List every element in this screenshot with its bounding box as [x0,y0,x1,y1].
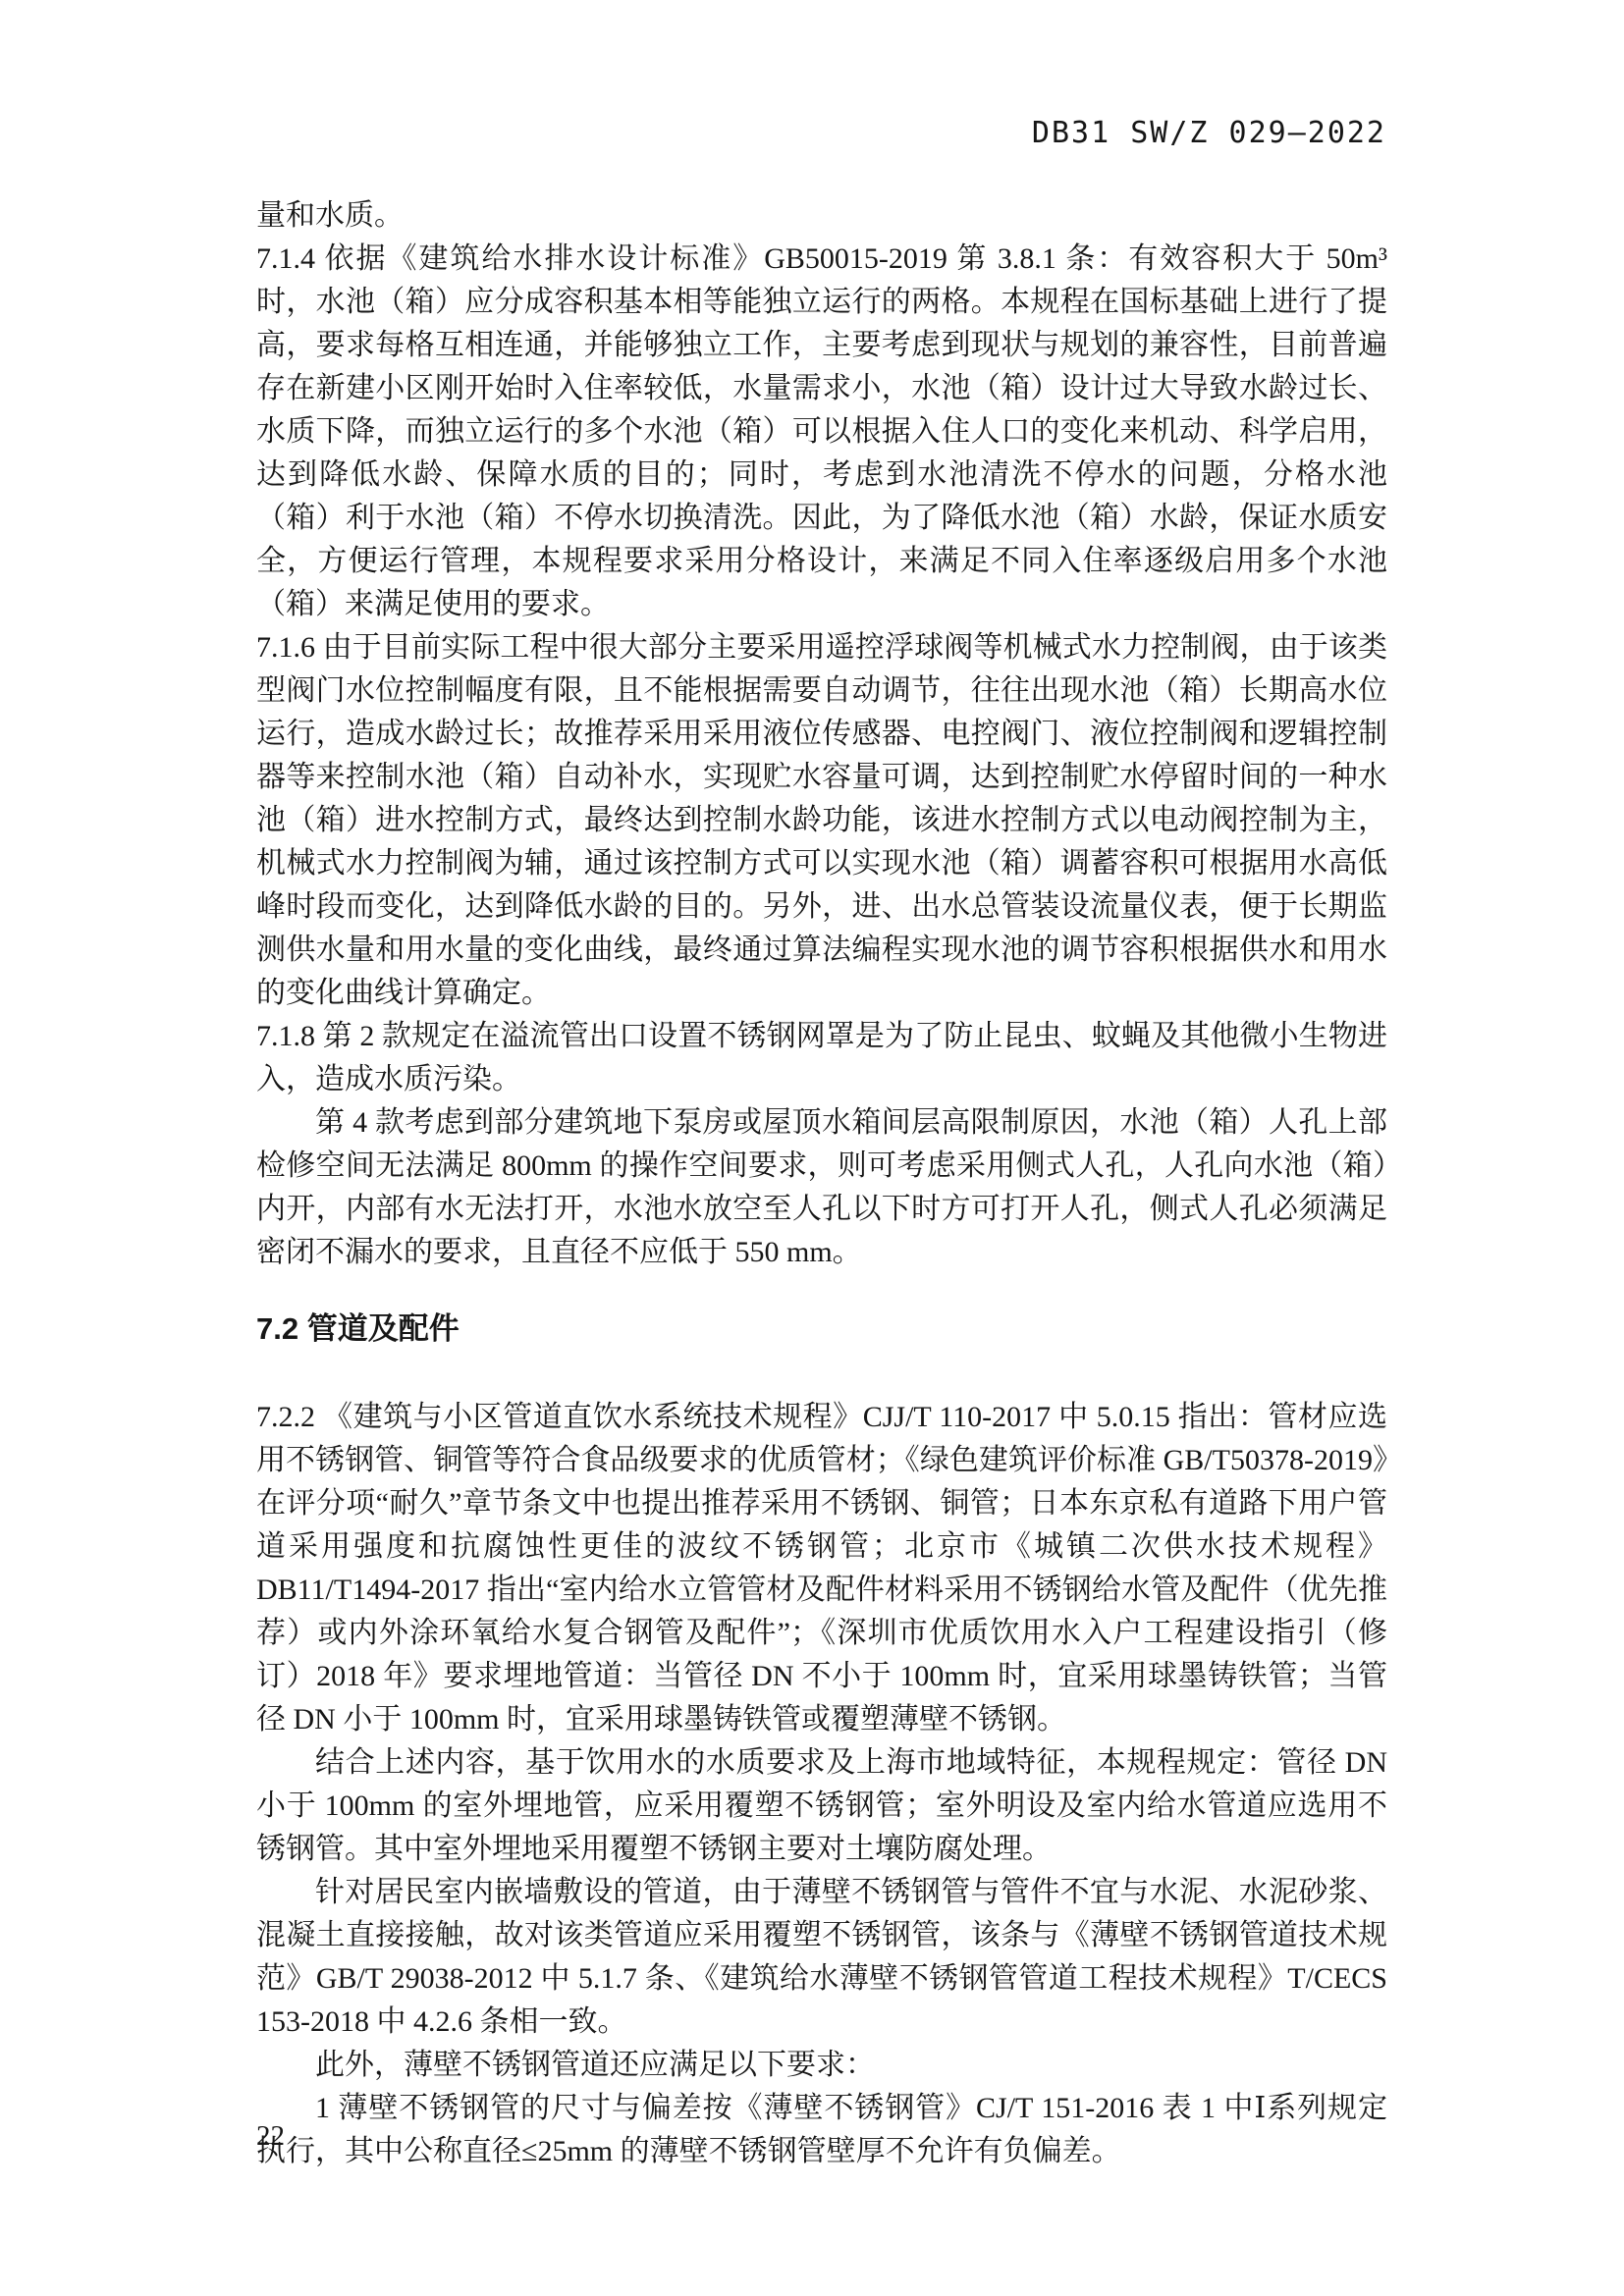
para-7-1-6: 7.1.6 由于目前实际工程中很大部分主要采用遥控浮球阀等机械式水力控制阀，由于… [256,626,1387,1015]
para-7-2-2-embedded-pipes: 针对居民室内嵌墙敷设的管道，由于薄壁不锈钢管与管件不宜与水泥、水泥砂浆、混凝土直… [256,1871,1387,2044]
para-7-2-2-conclusion: 结合上述内容，基于饮用水的水质要求及上海市地域特征，本规程规定：管径 DN 小于… [256,1741,1387,1871]
para-continuation: 量和水质。 [256,194,1387,238]
doc-code-header: DB31 SW/Z 029—2022 [256,116,1386,150]
section-heading-7-2: 7.2 管道及配件 [256,1308,1387,1351]
para-7-2-2-additional: 此外，薄壁不锈钢管道还应满足以下要求： [256,2044,1387,2087]
para-7-1-8: 7.1.8 第 2 款规定在溢流管出口设置不锈钢网罩是为了防止昆虫、蚊蝇及其他微… [256,1015,1387,1101]
para-7-1-8-clause-4: 第 4 款考虑到部分建筑地下泵房或屋顶水箱间层高限制原因，水池（箱）人孔上部检修… [256,1101,1387,1274]
para-7-1-4: 7.1.4 依据《建筑给水排水设计标准》GB50015-2019 第 3.8.1… [256,238,1387,626]
para-7-2-2: 7.2.2 《建筑与小区管道直饮水系统技术规程》CJJ/T 110-2017 中… [256,1396,1387,1741]
document-body: 量和水质。 7.1.4 依据《建筑给水排水设计标准》GB50015-2019 第… [256,194,1387,2173]
page-number: 22 [256,2120,285,2153]
document-page: DB31 SW/Z 029—2022 量和水质。 7.1.4 依据《建筑给水排水… [0,0,1624,2296]
para-7-2-2-item-1: 1 薄壁不锈钢管的尺寸与偏差按《薄壁不锈钢管》CJ/T 151-2016 表 1… [256,2087,1387,2173]
